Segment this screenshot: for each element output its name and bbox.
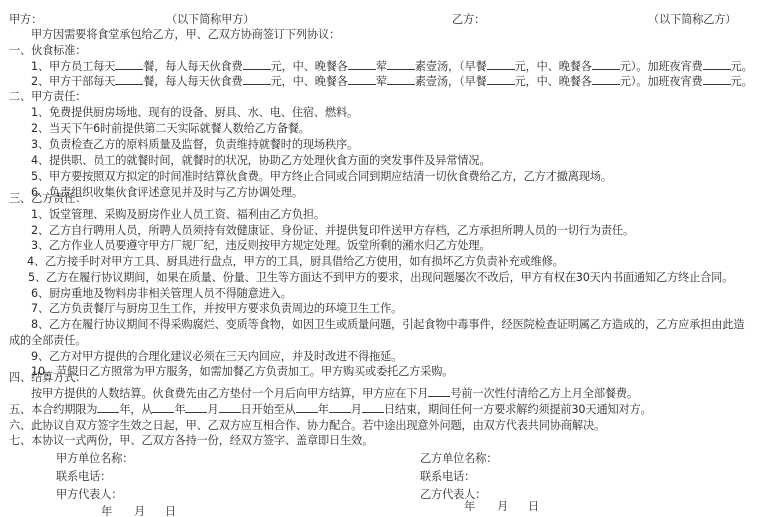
- intro-text: 甲方因需要将食堂承包给乙方，甲、乙双方协商签订下列协议：: [31, 27, 340, 43]
- blank-field[interactable]: [296, 402, 318, 413]
- section-4-title: 四、结算方式：: [9, 370, 86, 386]
- blank-field[interactable]: [592, 74, 620, 85]
- section-3-title: 三、乙方责任：: [9, 191, 86, 207]
- section-6: 六、此协议自双方签字生效之日起，甲、乙双方应互相合作、协力配合。若中途出现意外问…: [9, 418, 605, 434]
- blank-field[interactable]: [348, 74, 376, 85]
- blank-field[interactable]: [243, 74, 271, 85]
- s2-item-3: 3、负责检查乙方的原料质量及监督，负责维持就餐时的现场秩序。: [31, 137, 358, 153]
- s3-item-9: 9、乙方对甲方提供的合理化建议必须在三天内回应，并及时改进不得拖延。: [31, 349, 402, 365]
- s2-item-2: 2、当天下午6时前提供第二天实际就餐人数给乙方备餐。: [31, 121, 310, 137]
- blank-field[interactable]: [487, 59, 515, 70]
- s2-item-5: 5、甲方要按照双方拟定的时间准时结算伙食费。甲方终止合同或合同到期应结清一切伙食…: [31, 169, 612, 185]
- blank-field[interactable]: [185, 402, 207, 413]
- s4-settlement: 按甲方提供的人数结算。伙食费先由乙方垫付一个月后向甲方结算，甲方应在下月号前一次…: [31, 386, 638, 402]
- blank-field[interactable]: [387, 74, 415, 85]
- s3-item-3: 3、乙方作业人员要遵守甲方厂规厂纪，违反则按甲方规定处理。饭堂所剩的潲水归乙方处…: [31, 238, 491, 254]
- party-a-representative-label: 甲方代表人：: [56, 487, 122, 503]
- party-b-date-day: 日: [528, 499, 539, 515]
- s3-item-2: 2、乙方自行聘用人员，所聘人员须持有效健康证、身份证、并提供复印件送甲方存档，乙…: [31, 223, 634, 239]
- s3-item-6: 6、厨房重地及物料房非相关管理人员不得随意进入。: [31, 286, 292, 302]
- party-a-phone-label: 联系电话：: [56, 469, 111, 485]
- blank-field[interactable]: [115, 59, 143, 70]
- s3-item-10: 10、节假日乙方照常为甲方服务，如需加餐乙方负责加工。甲方购买或委托乙方采购。: [31, 364, 453, 380]
- s3-item-5: 5、乙方在履行协议期间，如果在质量、份量、卫生等方面达不到甲方的要求，出现问题屡…: [28, 270, 733, 286]
- section-2-title: 二、甲方责任：: [9, 89, 86, 105]
- s2-item-1: 1、免费提供厨房场地、现有的设备、厨具、水、电、住宿、燃料。: [31, 105, 358, 121]
- party-b-date-month: 月: [497, 499, 508, 515]
- party-a-label: 甲方：: [9, 12, 42, 28]
- s3-item-8-cont: 成的全部责任。: [9, 333, 86, 349]
- blank-field[interactable]: [387, 59, 415, 70]
- blank-field[interactable]: [592, 59, 620, 70]
- blank-field[interactable]: [152, 402, 174, 413]
- s3-item-7: 7、乙方负责餐厅与厨房卫生工作，并按甲方要求负责周边的环境卫生工作。: [31, 301, 402, 317]
- blank-field[interactable]: [219, 402, 241, 413]
- party-a-alias: （以下简称甲方）: [166, 12, 254, 28]
- blank-field[interactable]: [487, 74, 515, 85]
- blank-field[interactable]: [362, 402, 384, 413]
- party-a-date-year: 年: [101, 504, 112, 517]
- s3-item-4: 4、乙方接手时对甲方工具、厨具进行盘点，甲方的工具，厨具借给乙方使用，如有损坏乙…: [27, 254, 564, 270]
- party-b-date-year: 年: [464, 499, 475, 515]
- s3-item-8: 8、乙方在履行协议期间不得采购腐烂、变质等食物，如因卫生或质量问题，引起食物中毒…: [31, 317, 744, 333]
- party-b-label: 乙方：: [452, 12, 485, 28]
- blank-field[interactable]: [703, 74, 731, 85]
- section-7: 七、本协议一式两份，甲、乙双方各持一份，经双方签字、盖章即日生效。: [9, 433, 373, 449]
- party-b-alias: （以下简称乙方）: [648, 12, 736, 28]
- party-a-date-month: 月: [134, 504, 145, 517]
- blank-field[interactable]: [348, 59, 376, 70]
- blank-field[interactable]: [428, 386, 450, 397]
- party-a-date-day: 日: [165, 504, 176, 517]
- party-a-unit-name-label: 甲方单位名称：: [56, 451, 133, 467]
- party-b-representative-label: 乙方代表人：: [420, 487, 486, 503]
- s3-item-1: 1、饭堂管理、采购及厨房作业人员工资、福利由乙方负担。: [31, 207, 325, 223]
- blank-field[interactable]: [703, 59, 731, 70]
- s1-item-1: 1、甲方员工每天餐，每人每天伙食费元，中、晚餐各荤素壹汤，（早餐元，中、晚餐各元…: [31, 59, 753, 75]
- s2-item-4: 4、提供职、员工的就餐时间，就餐时的状况，协助乙方处理伙食方面的突发事件及异常情…: [31, 153, 491, 169]
- party-b-unit-name-label: 乙方单位名称：: [420, 451, 497, 467]
- blank-field[interactable]: [329, 402, 351, 413]
- blank-field[interactable]: [97, 402, 119, 413]
- party-b-phone-label: 联系电话：: [420, 469, 475, 485]
- section-5-term: 五、本合约期限为年，从年月日开始至从年月日结束，期间任何一方要求解约须提前30天…: [9, 402, 652, 418]
- blank-field[interactable]: [243, 59, 271, 70]
- s1-item-2: 2、甲方干部每天餐，每人每天伙食费元，中、晚餐各荤素壹汤，（早餐元，中、晚餐各元…: [31, 74, 753, 90]
- section-1-title: 一、伙食标准：: [9, 43, 86, 59]
- blank-field[interactable]: [115, 74, 143, 85]
